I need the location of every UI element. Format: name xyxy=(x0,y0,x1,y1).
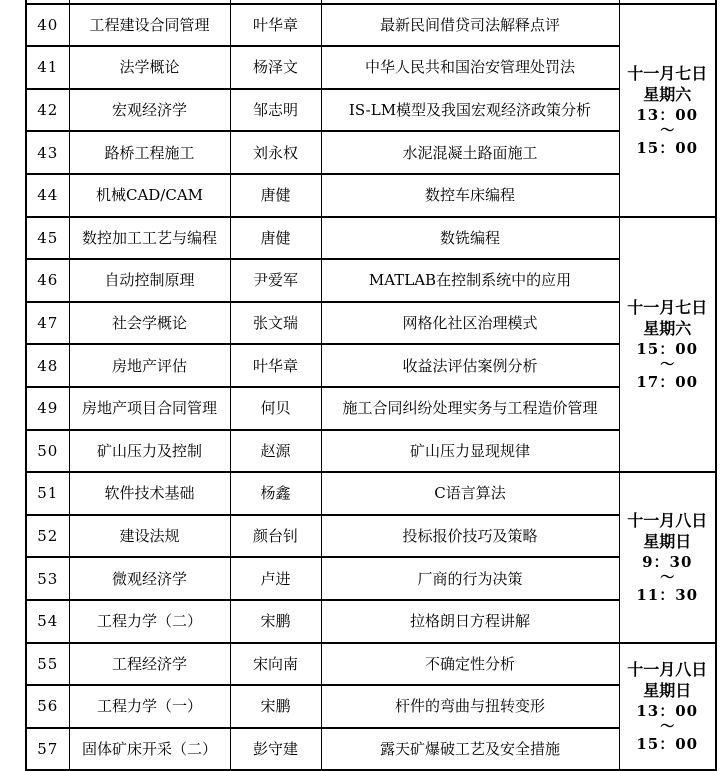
topic-cell: C语言算法 xyxy=(321,472,619,515)
schedule-start-time: 13：00 xyxy=(620,701,716,721)
topic-cell: IS-LM模型及我国宏观经济政策分析 xyxy=(321,89,619,132)
row-number-cell: 41 xyxy=(26,46,69,89)
course-cell: 工程力学（一） xyxy=(69,685,230,728)
topic-cell: 数铣编程 xyxy=(321,217,619,260)
teacher-cell: 尹爱军 xyxy=(230,259,321,302)
schedule-end-time: 15：00 xyxy=(620,734,716,754)
row-number-cell: 51 xyxy=(26,472,69,515)
schedule-weekday: 星期日 xyxy=(620,680,716,701)
topic-cell: 数控车床编程 xyxy=(321,174,619,217)
course-cell: 工程经济学 xyxy=(69,643,230,686)
topic-cell: 中华人民共和国治安管理处罚法 xyxy=(321,46,619,89)
schedule-cell: 十一月七日 星期六 13：00 ～ 15：00 xyxy=(619,4,716,217)
schedule-end-time: 15：00 xyxy=(620,138,716,158)
teacher-cell: 宋鹏 xyxy=(230,685,321,728)
teacher-cell: 唐健 xyxy=(230,217,321,260)
topic-cell: 不确定性分析 xyxy=(321,643,619,686)
row-number-cell: 50 xyxy=(26,430,69,473)
course-cell: 房地产评估 xyxy=(69,344,230,387)
table-row: 47 社会学概论 张文瑞 网格化社区治理模式 xyxy=(26,302,716,345)
table-row: 49 房地产项目合同管理 何贝 施工合同纠纷处理实务与工程造价管理 xyxy=(26,387,716,430)
course-cell: 矿山压力及控制 xyxy=(69,430,230,473)
teacher-cell: 颜台钊 xyxy=(230,515,321,558)
teacher-cell: 叶华章 xyxy=(230,4,321,47)
topic-cell: 投标报价技巧及策略 xyxy=(321,515,619,558)
row-number-cell: 44 xyxy=(26,174,69,217)
teacher-cell: 邹志明 xyxy=(230,89,321,132)
teacher-cell: 张文瑞 xyxy=(230,302,321,345)
schedule-cell: 十一月七日 星期六 15：00 ～ 17：00 xyxy=(619,217,716,473)
tilde-separator: ～ xyxy=(620,572,716,585)
topic-cell: 露天矿爆破工艺及安全措施 xyxy=(321,728,619,771)
schedule-end-time: 17：00 xyxy=(620,372,716,392)
course-cell: 房地产项目合同管理 xyxy=(69,387,230,430)
table-row: 43 路桥工程施工 刘永权 水泥混凝土路面施工 xyxy=(26,131,716,174)
page: 40 工程建设合同管理 叶华章 最新民间借贷司法解释点评 十一月七日 星期六 1… xyxy=(0,0,727,771)
teacher-cell: 宋鹏 xyxy=(230,600,321,643)
topic-cell: 杆件的弯曲与扭转变形 xyxy=(321,685,619,728)
course-cell: 社会学概论 xyxy=(69,302,230,345)
table-row: 55 工程经济学 宋向南 不确定性分析 十一月八日 星期日 13：00 ～ 15… xyxy=(26,643,716,686)
teacher-cell: 杨鑫 xyxy=(230,472,321,515)
topic-cell: 水泥混凝土路面施工 xyxy=(321,131,619,174)
topic-cell: 拉格朗日方程讲解 xyxy=(321,600,619,643)
course-cell: 机械CAD/CAM xyxy=(69,174,230,217)
teacher-cell: 唐健 xyxy=(230,174,321,217)
table-row: 48 房地产评估 叶华章 收益法评估案例分析 xyxy=(26,344,716,387)
table-row: 45 数控加工工艺与编程 唐健 数铣编程 十一月七日 星期六 15：00 ～ 1… xyxy=(26,217,716,260)
topic-cell: 矿山压力显现规律 xyxy=(321,430,619,473)
topic-cell: 施工合同纠纷处理实务与工程造价管理 xyxy=(321,387,619,430)
row-number-cell: 46 xyxy=(26,259,69,302)
row-number-cell: 42 xyxy=(26,89,69,132)
teacher-cell: 何贝 xyxy=(230,387,321,430)
course-cell: 工程建设合同管理 xyxy=(69,4,230,47)
schedule-weekday: 星期六 xyxy=(620,84,716,105)
course-cell: 自动控制原理 xyxy=(69,259,230,302)
table-row: 42 宏观经济学 邹志明 IS-LM模型及我国宏观经济政策分析 xyxy=(26,89,716,132)
tilde-separator: ～ xyxy=(620,125,716,138)
course-cell: 固体矿床开采（二） xyxy=(69,728,230,771)
schedule-start-time: 13：00 xyxy=(620,105,716,125)
course-cell: 路桥工程施工 xyxy=(69,131,230,174)
table-row: 56 工程力学（一） 宋鹏 杆件的弯曲与扭转变形 xyxy=(26,685,716,728)
schedule-date: 十一月八日 xyxy=(620,510,716,531)
teacher-cell: 刘永权 xyxy=(230,131,321,174)
schedule-start-time: 15：00 xyxy=(620,339,716,359)
teacher-cell: 赵源 xyxy=(230,430,321,473)
table-row: 54 工程力学（二） 宋鹏 拉格朗日方程讲解 xyxy=(26,600,716,643)
row-number-cell: 57 xyxy=(26,728,69,771)
tilde-separator: ～ xyxy=(620,359,716,372)
row-number-cell: 48 xyxy=(26,344,69,387)
tilde-separator: ～ xyxy=(620,721,716,734)
topic-cell: 厂商的行为决策 xyxy=(321,557,619,600)
row-number-cell: 56 xyxy=(26,685,69,728)
row-number-cell: 52 xyxy=(26,515,69,558)
table-row: 46 自动控制原理 尹爱军 MATLAB在控制系统中的应用 xyxy=(26,259,716,302)
schedule-end-time: 11：30 xyxy=(620,585,716,605)
table-row: 57 固体矿床开采（二） 彭守建 露天矿爆破工艺及安全措施 xyxy=(26,728,716,771)
teacher-cell: 宋向南 xyxy=(230,643,321,686)
table-row: 52 建设法规 颜台钊 投标报价技巧及策略 xyxy=(26,515,716,558)
row-number-cell: 53 xyxy=(26,557,69,600)
schedule-date: 十一月八日 xyxy=(620,659,716,680)
schedule-start-time: 9：30 xyxy=(620,552,716,572)
table-row: 50 矿山压力及控制 赵源 矿山压力显现规律 xyxy=(26,430,716,473)
course-cell: 工程力学（二） xyxy=(69,600,230,643)
row-number-cell: 54 xyxy=(26,600,69,643)
topic-cell: MATLAB在控制系统中的应用 xyxy=(321,259,619,302)
teacher-cell: 卢进 xyxy=(230,557,321,600)
course-cell: 法学概论 xyxy=(69,46,230,89)
row-number-cell: 55 xyxy=(26,643,69,686)
course-cell: 建设法规 xyxy=(69,515,230,558)
course-cell: 宏观经济学 xyxy=(69,89,230,132)
teacher-cell: 杨泽文 xyxy=(230,46,321,89)
topic-cell: 最新民间借贷司法解释点评 xyxy=(321,4,619,47)
teacher-cell: 叶华章 xyxy=(230,344,321,387)
course-cell: 软件技术基础 xyxy=(69,472,230,515)
topic-cell: 网格化社区治理模式 xyxy=(321,302,619,345)
course-cell: 微观经济学 xyxy=(69,557,230,600)
schedule-cell: 十一月八日 星期日 13：00 ～ 15：00 xyxy=(619,643,716,771)
table-row: 53 微观经济学 卢进 厂商的行为决策 xyxy=(26,557,716,600)
table-row: 44 机械CAD/CAM 唐健 数控车床编程 xyxy=(26,174,716,217)
schedule-weekday: 星期日 xyxy=(620,531,716,552)
course-cell: 数控加工工艺与编程 xyxy=(69,217,230,260)
topic-cell: 收益法评估案例分析 xyxy=(321,344,619,387)
row-number-cell: 47 xyxy=(26,302,69,345)
table-row: 40 工程建设合同管理 叶华章 最新民间借贷司法解释点评 十一月七日 星期六 1… xyxy=(26,4,716,47)
schedule-weekday: 星期六 xyxy=(620,318,716,339)
row-number-cell: 43 xyxy=(26,131,69,174)
schedule-date: 十一月七日 xyxy=(620,297,716,318)
row-number-cell: 40 xyxy=(26,4,69,47)
course-schedule-table: 40 工程建设合同管理 叶华章 最新民间借贷司法解释点评 十一月七日 星期六 1… xyxy=(25,0,717,771)
row-number-cell: 45 xyxy=(26,217,69,260)
schedule-date: 十一月七日 xyxy=(620,63,716,84)
schedule-cell: 十一月八日 星期日 9：30 ～ 11：30 xyxy=(619,472,716,642)
teacher-cell: 彭守建 xyxy=(230,728,321,771)
table-row: 51 软件技术基础 杨鑫 C语言算法 十一月八日 星期日 9：30 ～ 11：3… xyxy=(26,472,716,515)
row-number-cell: 49 xyxy=(26,387,69,430)
table-row: 41 法学概论 杨泽文 中华人民共和国治安管理处罚法 xyxy=(26,46,716,89)
